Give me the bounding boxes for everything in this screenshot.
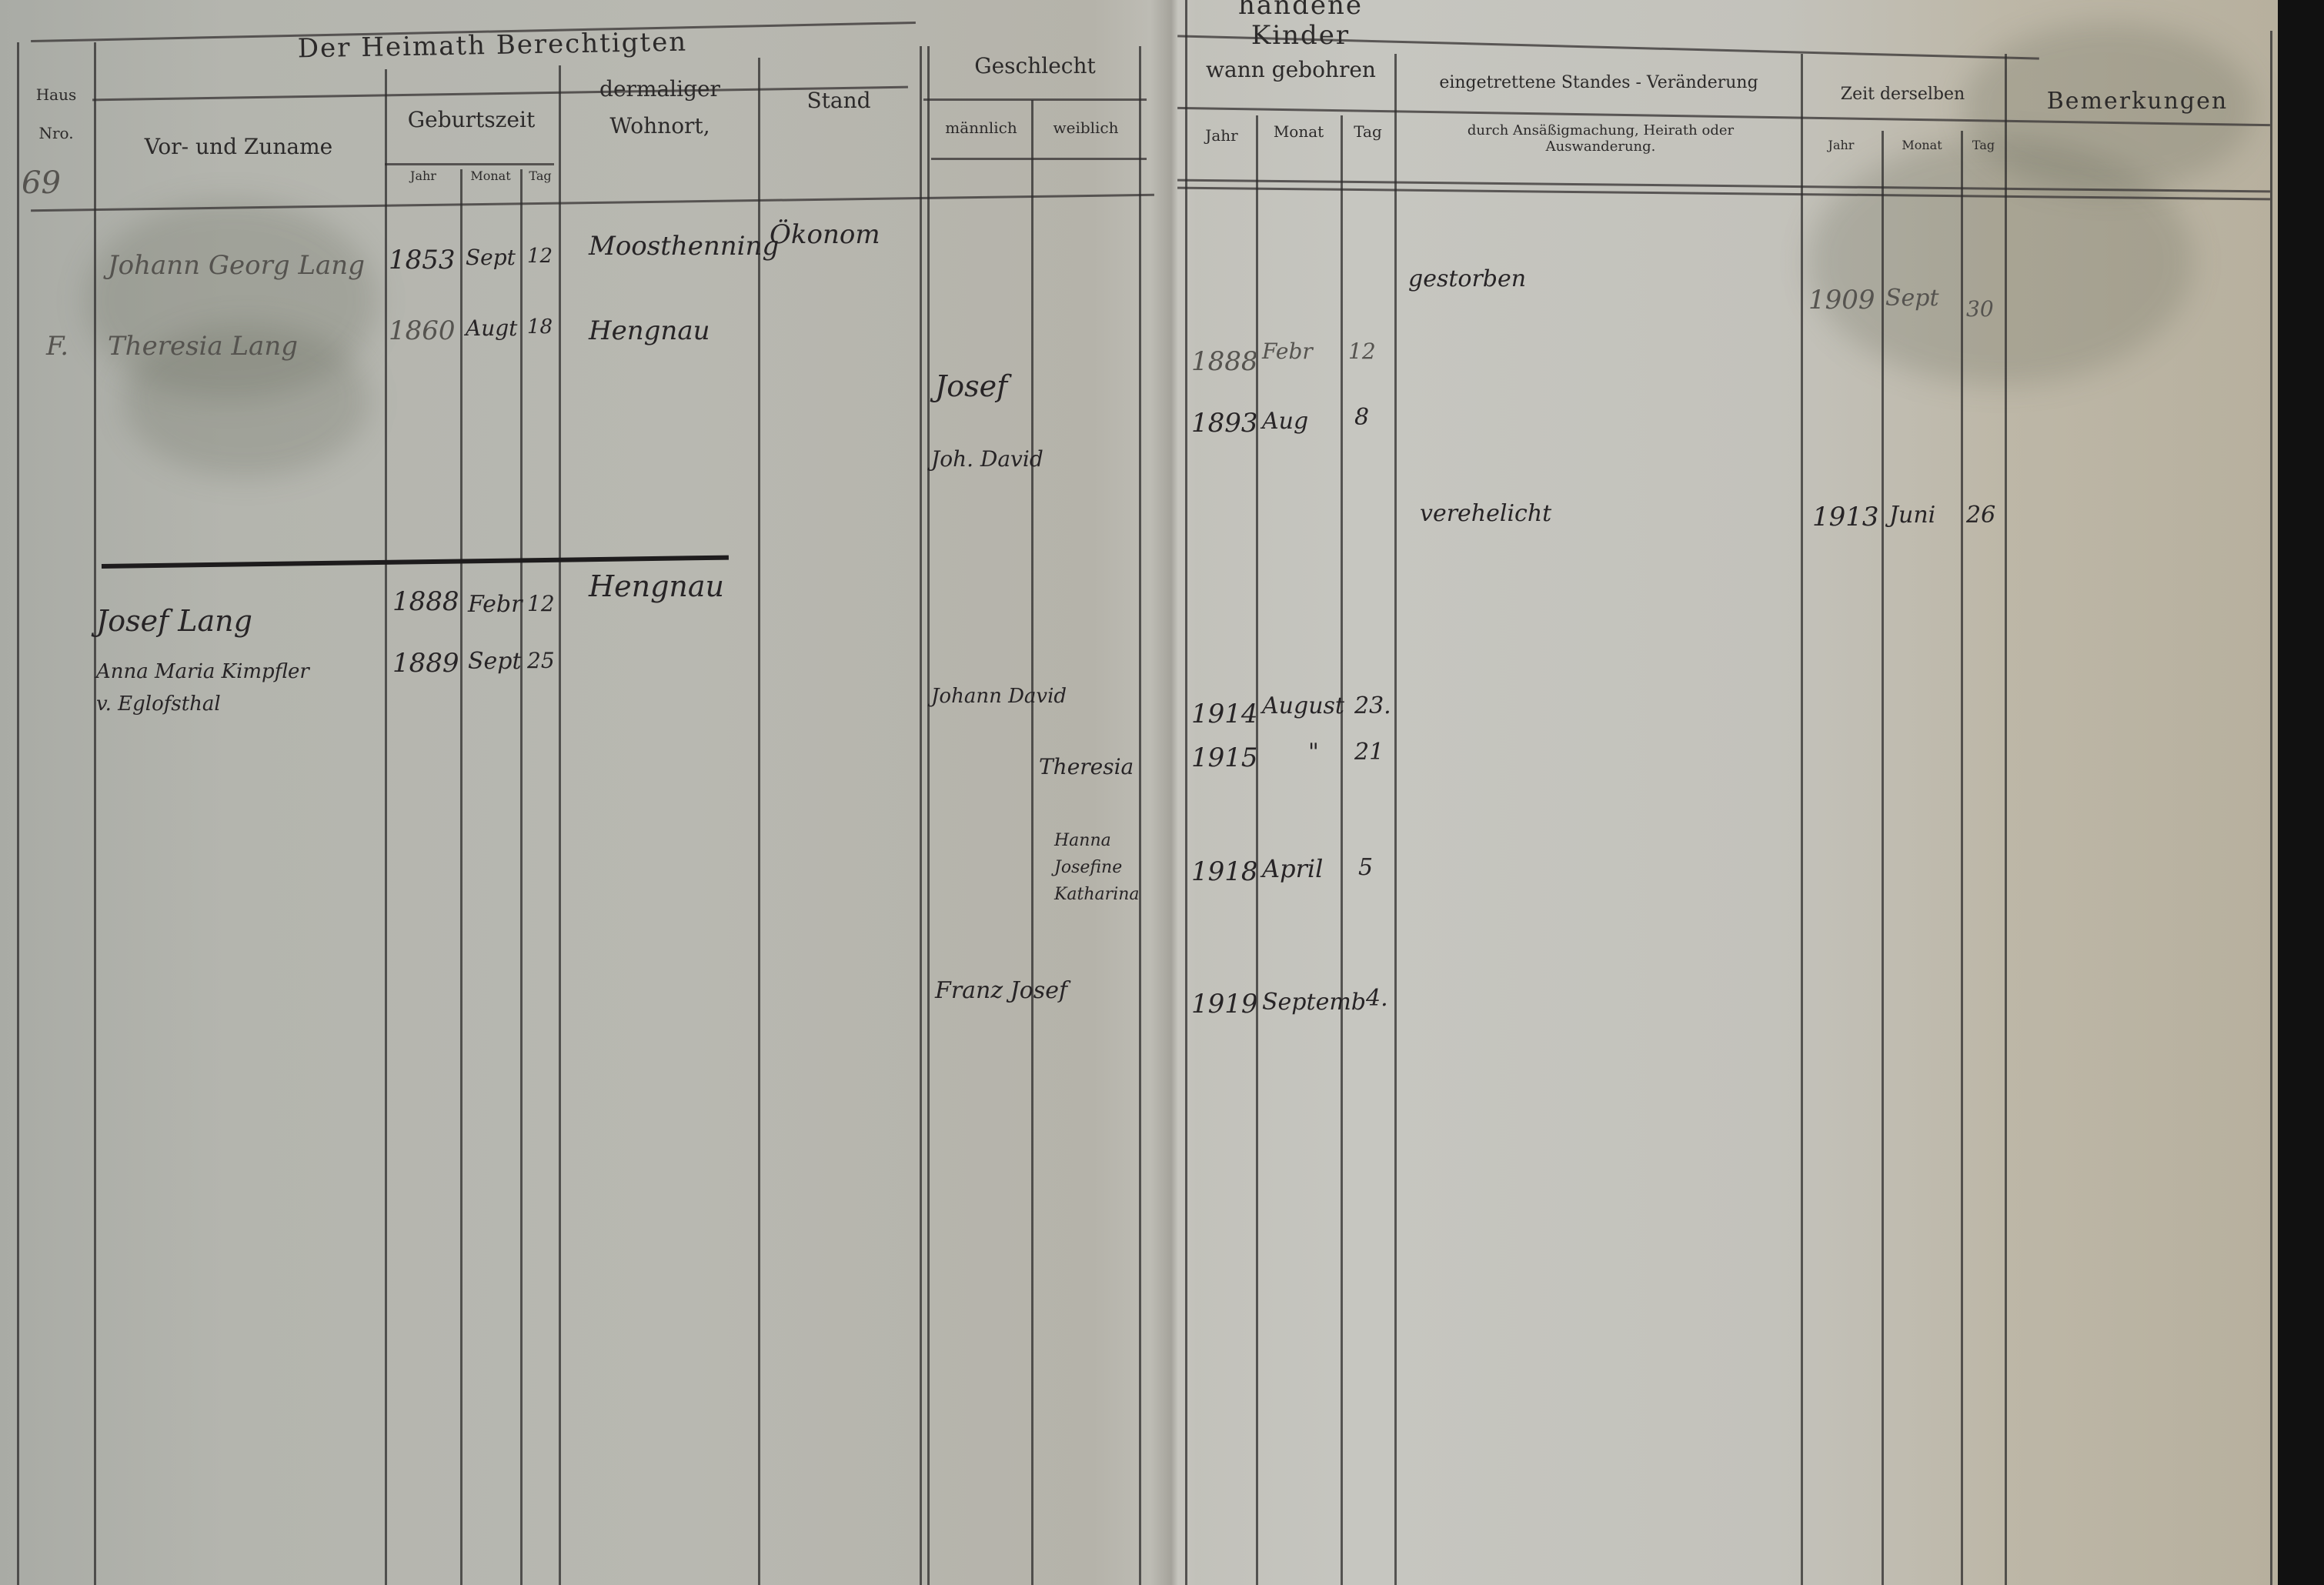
entry-birth-day: 12 bbox=[527, 591, 555, 616]
birth-month: " bbox=[1308, 739, 1319, 766]
child-female-name: Theresia bbox=[1039, 754, 1134, 779]
rule bbox=[927, 46, 930, 1585]
col-sex-header: Geschlecht bbox=[931, 54, 1139, 78]
birth-month: Septemb bbox=[1262, 989, 1366, 1016]
rule bbox=[758, 58, 760, 1585]
birth-day: 12 bbox=[1348, 339, 1376, 364]
entry-birth-day: 18 bbox=[527, 315, 553, 339]
birth-day: 8 bbox=[1354, 404, 1369, 431]
col-house-no-label: Nro. bbox=[22, 125, 91, 142]
child-male-name: Franz Josef bbox=[935, 977, 1067, 1004]
rule bbox=[2005, 54, 2007, 1585]
entry-status: Ökonom bbox=[770, 219, 880, 250]
rule bbox=[1961, 131, 1963, 1585]
col-birth-header: Geburtszeit bbox=[389, 108, 554, 132]
change-month: Juni bbox=[1889, 502, 1935, 529]
birth-year: 1919 bbox=[1191, 989, 1258, 1019]
entry-name: Josef Lang bbox=[96, 604, 252, 638]
birth-month: April bbox=[1262, 854, 1323, 883]
col-born-header: wann gebohren bbox=[1189, 58, 1393, 82]
col-birth-month: Monat bbox=[462, 169, 519, 183]
col-time-year: Jahr bbox=[1805, 138, 1878, 152]
entry-birth-month: Febr bbox=[468, 591, 522, 618]
col-born-month: Monat bbox=[1258, 123, 1339, 141]
child-male-name: Joh. David bbox=[931, 446, 1043, 472]
col-sex-female: weiblich bbox=[1033, 119, 1139, 137]
col-residence-line1: dermaliger bbox=[566, 77, 754, 102]
rule bbox=[1185, 0, 1187, 1585]
entry-birth-month: Sept bbox=[468, 648, 522, 675]
birth-day: 4. bbox=[1366, 985, 1388, 1012]
entry-residence: Hengnau bbox=[589, 569, 724, 603]
col-time-month: Monat bbox=[1885, 138, 1958, 152]
open-register-book: Der Heimath Berechtigten Haus Nro. Vor- … bbox=[0, 0, 2278, 1585]
rule bbox=[1801, 54, 1803, 1585]
entry-birth-year: 1888 bbox=[392, 586, 459, 617]
birth-year: 1893 bbox=[1191, 408, 1258, 439]
col-time-day: Tag bbox=[1962, 138, 2005, 152]
rule bbox=[1394, 54, 1397, 1585]
book-spine bbox=[1150, 0, 1197, 1585]
entry-birth-month: Sept bbox=[466, 245, 516, 270]
entry-birth-day: 25 bbox=[527, 648, 555, 673]
birth-year: 1888 bbox=[1191, 346, 1258, 377]
birth-year: 1914 bbox=[1191, 699, 1258, 729]
change-year: 1909 bbox=[1808, 285, 1875, 315]
child-male-name: Josef bbox=[935, 369, 1007, 403]
background-edge bbox=[2278, 0, 2324, 1585]
rule bbox=[460, 169, 462, 1585]
col-birth-year: Jahr bbox=[389, 169, 458, 183]
rule bbox=[1139, 46, 1141, 1585]
rule bbox=[2270, 31, 2272, 1585]
entry-birth-day: 12 bbox=[527, 245, 553, 268]
rule bbox=[94, 42, 96, 1585]
entry-residence: Hengnau bbox=[589, 315, 710, 346]
entry-birth-year: 1889 bbox=[392, 648, 459, 679]
birth-year: 1918 bbox=[1191, 856, 1258, 887]
change-day: 26 bbox=[1966, 502, 1995, 529]
change-month: Sept bbox=[1885, 285, 1939, 312]
birth-month: Aug bbox=[1262, 408, 1308, 435]
birth-month: Febr bbox=[1262, 339, 1313, 364]
rule bbox=[385, 69, 387, 1585]
entry-name: Theresia Lang bbox=[108, 331, 298, 362]
col-time-header: Zeit derselben bbox=[1805, 85, 2001, 104]
rule bbox=[920, 46, 922, 1585]
rule bbox=[923, 98, 1147, 101]
rule bbox=[520, 169, 523, 1585]
entry-name: Johann Georg Lang bbox=[108, 250, 365, 281]
separator-stroke bbox=[102, 556, 729, 569]
entry-birth-year: 1853 bbox=[389, 245, 456, 275]
rule bbox=[559, 65, 561, 1585]
right-page-title: handene Kinder bbox=[1185, 0, 1416, 51]
rule bbox=[931, 158, 1147, 160]
rule bbox=[17, 42, 19, 1585]
entry-birth-month: Augt bbox=[466, 315, 517, 341]
col-residence-line2: Wohnort, bbox=[566, 114, 754, 138]
col-born-day: Tag bbox=[1343, 123, 1393, 141]
entry-marker: F. bbox=[46, 331, 68, 362]
rule bbox=[385, 163, 554, 165]
change-year: 1913 bbox=[1812, 502, 1879, 532]
col-birth-day: Tag bbox=[522, 169, 559, 183]
birth-day: 21 bbox=[1354, 739, 1384, 766]
status-change: verehelicht bbox=[1420, 500, 1551, 527]
child-male-name: Johann David bbox=[931, 685, 1067, 708]
house-number: 69 bbox=[22, 165, 61, 201]
col-change-sub: durch Ansäßigmachung, Heirath oder Auswa… bbox=[1431, 123, 1770, 155]
birth-year: 1915 bbox=[1191, 742, 1258, 773]
col-remarks-header: Bemerkungen bbox=[2008, 88, 2266, 115]
entry-origin: v. Eglofsthal bbox=[96, 692, 221, 716]
status-change: gestorben bbox=[1408, 265, 1526, 292]
birth-month: August bbox=[1262, 692, 1344, 719]
rule bbox=[1031, 100, 1033, 1585]
col-name-header: Vor- und Zuname bbox=[100, 135, 377, 159]
col-born-year: Jahr bbox=[1189, 127, 1254, 145]
col-sex-male: männlich bbox=[931, 119, 1031, 137]
col-status-header: Stand bbox=[762, 88, 916, 113]
rule bbox=[1341, 115, 1343, 1585]
entry-residence: Moosthenning bbox=[589, 231, 779, 262]
rule bbox=[1256, 115, 1258, 1585]
rule bbox=[1882, 131, 1884, 1585]
child-female-name: Hanna Josefine Katharina bbox=[1054, 827, 1139, 909]
entry-name: Anna Maria Kimpfler bbox=[96, 660, 309, 683]
change-day: 30 bbox=[1966, 296, 1994, 322]
col-house-label: Haus bbox=[22, 86, 91, 104]
left-page-title: Der Heimath Berechtigten bbox=[292, 27, 693, 64]
birth-day: 5 bbox=[1358, 854, 1373, 881]
birth-day: 23. bbox=[1354, 692, 1391, 719]
col-change-header: eingetrettene Standes - Veränderung bbox=[1401, 73, 1797, 92]
entry-birth-year: 1860 bbox=[389, 315, 456, 346]
